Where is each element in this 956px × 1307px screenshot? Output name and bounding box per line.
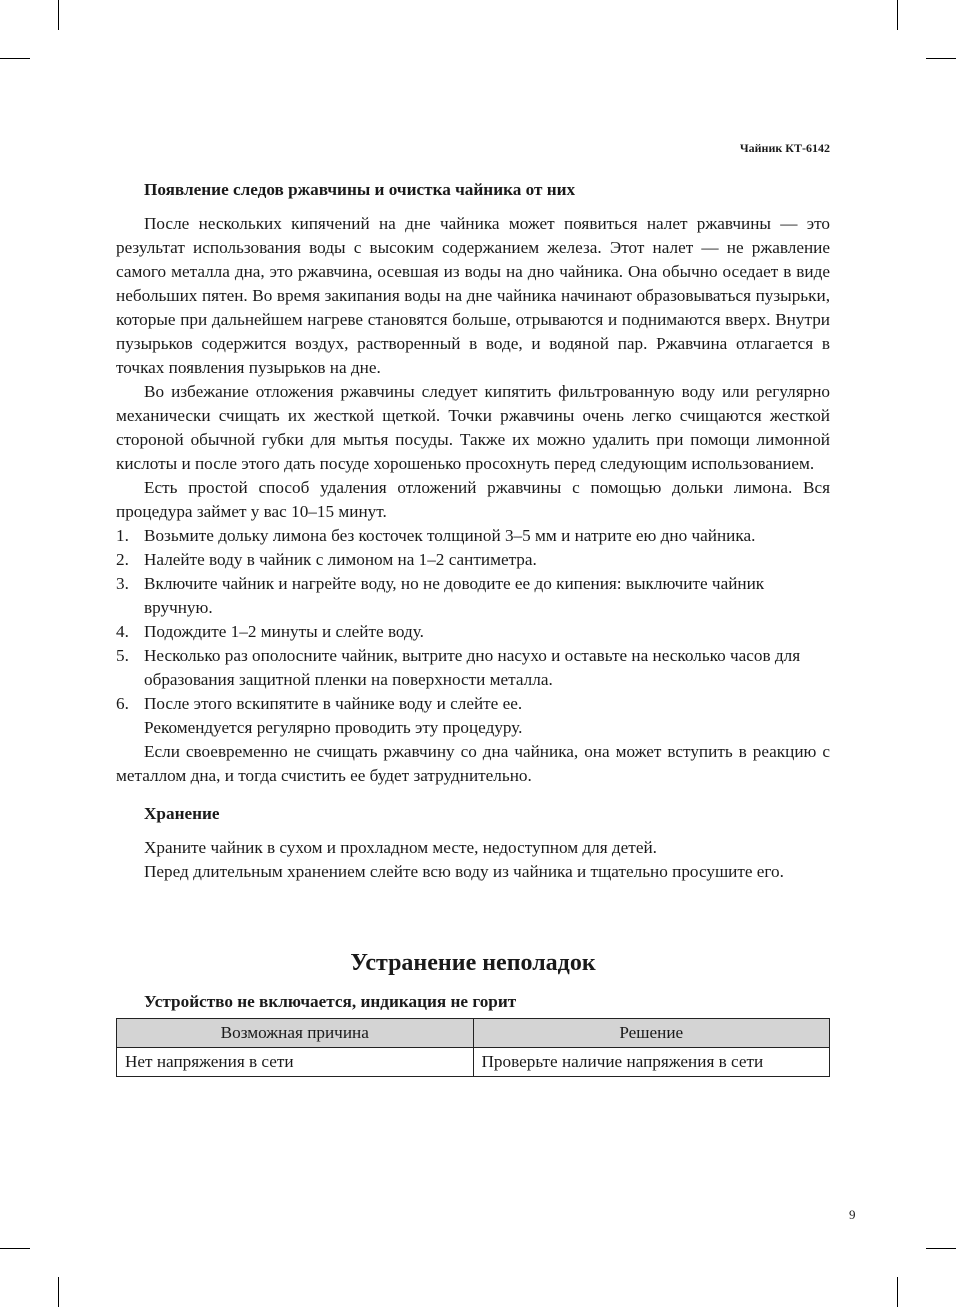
paragraph: Перед длительным хранением слейте всю во… [116, 860, 830, 884]
running-head: Чайник КТ-6142 [740, 141, 830, 156]
section-title-rust: Появление следов ржавчины и очистка чайн… [116, 178, 830, 202]
step-number: 4. [116, 620, 129, 644]
step-number: 1. [116, 524, 129, 548]
table-cell: Проверьте наличие напряжения в сети [473, 1048, 830, 1077]
crop-mark [926, 1248, 956, 1249]
section-title-storage: Хранение [116, 802, 830, 826]
step-number: 3. [116, 572, 129, 596]
list-item: 1.Возьмите дольку лимона без косточек то… [116, 524, 830, 548]
crop-mark [0, 1248, 30, 1249]
paragraph: После нескольких кипячений на дне чайник… [116, 212, 830, 380]
section-title-troubleshooting: Устранение неполадок [116, 948, 830, 978]
list-item: 4.Подождите 1–2 минуты и слейте воду. [116, 620, 830, 644]
troubleshooting-table: Возможная причина Решение Нет напряжения… [116, 1018, 830, 1077]
steps-list: 1.Возьмите дольку лимона без косточек то… [116, 524, 830, 716]
list-item: 6.После этого вскипятите в чайнике воду … [116, 692, 830, 716]
paragraph: Храните чайник в сухом и прохладном мест… [116, 836, 830, 860]
step-text: После этого вскипятите в чайнике воду и … [144, 694, 522, 713]
paragraph: Есть простой способ удаления отложений р… [116, 476, 830, 524]
column-header-cause: Возможная причина [117, 1019, 474, 1048]
crop-mark [58, 1277, 59, 1307]
table-cell: Нет напряжения в сети [117, 1048, 474, 1077]
subsection-title: Устройство не включается, индикация не г… [116, 990, 830, 1014]
step-number: 6. [116, 692, 129, 716]
page-number: 9 [849, 1207, 856, 1223]
paragraph: Если своевременно не счищать ржавчину со… [116, 740, 830, 788]
crop-mark [897, 1277, 898, 1307]
step-number: 2. [116, 548, 129, 572]
list-item: 2.Налейте воду в чайник с лимоном на 1–2… [116, 548, 830, 572]
paragraph: Во избежание отложения ржавчины следует … [116, 380, 830, 476]
step-text: Подождите 1–2 минуты и слейте воду. [144, 622, 424, 641]
crop-mark [926, 58, 956, 59]
table-row: Нет напряжения в сети Проверьте наличие … [117, 1048, 830, 1077]
paragraph: Рекомендуется регулярно проводить эту пр… [116, 716, 830, 740]
list-item: 3.Включите чайник и нагрейте воду, но не… [116, 572, 830, 620]
crop-mark [0, 58, 30, 59]
table-header-row: Возможная причина Решение [117, 1019, 830, 1048]
step-text: Возьмите дольку лимона без косточек толщ… [144, 526, 755, 545]
step-text: Налейте воду в чайник с лимоном на 1–2 с… [144, 550, 537, 569]
step-text: Включите чайник и нагрейте воду, но не д… [144, 574, 764, 617]
step-text: Несколько раз ополосните чайник, вытрите… [144, 646, 800, 689]
crop-mark [58, 0, 59, 30]
step-number: 5. [116, 644, 129, 668]
list-item: 5.Несколько раз ополосните чайник, вытри… [116, 644, 830, 692]
page-content: Появление следов ржавчины и очистка чайн… [116, 178, 830, 1077]
column-header-solution: Решение [473, 1019, 830, 1048]
crop-mark [897, 0, 898, 30]
